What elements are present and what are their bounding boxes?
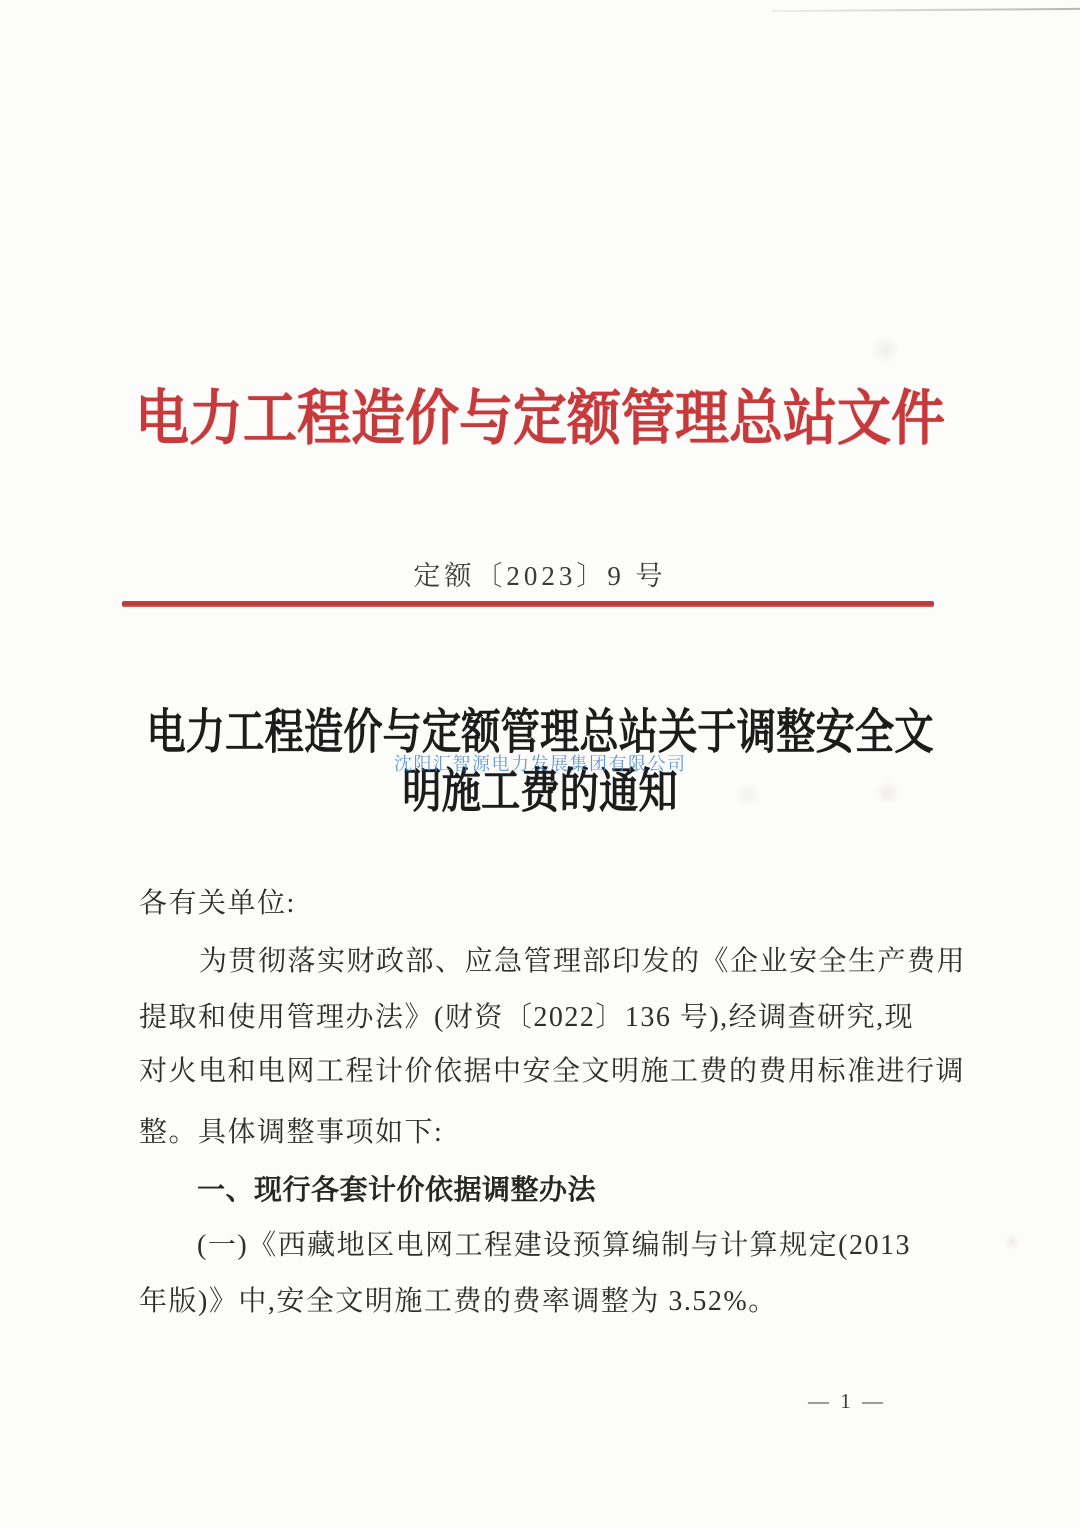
paragraph-1-line-4: 整。具体调整事项如下:	[139, 1116, 443, 1150]
item-1-line-1: (一)《西藏地区电网工程建设预算编制与计算规定(2013	[197, 1229, 911, 1263]
letterhead-title: 电力工程造价与定额管理总站文件	[135, 381, 945, 457]
watermark-text: 沈阳汇智源电力发展集团有限公司	[394, 753, 687, 775]
item-1-line-2: 年版)》中,安全文明施工费的费率调整为 3.52%。	[139, 1285, 778, 1319]
document-page: 电力工程造价与定额管理总站文件 定额〔2023〕9 号 电力工程造价与定额管理总…	[0, 0, 1080, 1527]
red-divider-line	[122, 601, 934, 607]
letterhead: 电力工程造价与定额管理总站文件	[0, 381, 1080, 457]
document-number: 定额〔2023〕9 号	[0, 558, 1080, 594]
salutation: 各有关单位:	[139, 887, 296, 921]
section-1-heading: 一、现行各套计价依据调整办法	[197, 1173, 596, 1207]
paragraph-1-line-1: 为贯彻落实财政部、应急管理部印发的《企业安全生产费用	[199, 945, 966, 979]
paragraph-1-line-2: 提取和使用管理办法》(财资〔2022〕136 号),经调查研究,现	[139, 1001, 914, 1035]
paragraph-1-line-3: 对火电和电网工程计价依据中安全文明施工费的费用标准进行调	[139, 1055, 965, 1089]
scan-artifact-line	[772, 8, 1080, 12]
page-number: — 1 —	[808, 1389, 886, 1414]
